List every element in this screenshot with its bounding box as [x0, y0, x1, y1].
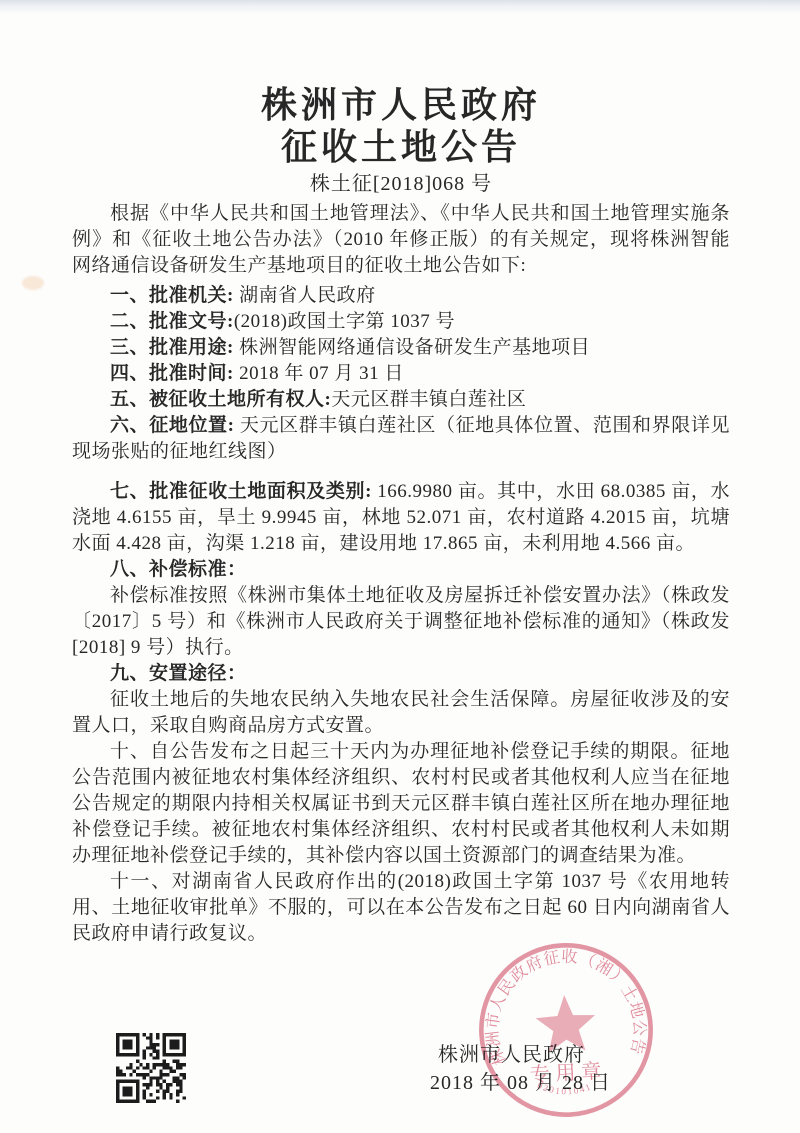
- item-land-area-categories: 七、批准征收土地面积及类别: 166.9980 亩。其中，水田 68.0385 …: [72, 479, 730, 557]
- item-label: 一、批准机关:: [110, 285, 239, 306]
- item-label: 四、批准时间:: [110, 363, 239, 384]
- item-value: 湖南省人民政府: [239, 285, 376, 306]
- item-label: 七、批准征收土地面积及类别:: [110, 481, 377, 502]
- item-value: (2018)政国土字第 1037 号: [234, 311, 455, 332]
- issuing-org-title: 株洲市人民政府: [72, 84, 730, 126]
- qr-code: [116, 1033, 186, 1103]
- item-approved-use: 三、批准用途: 株洲智能网络通信设备研发生产基地项目: [72, 335, 730, 361]
- item-approval-date: 四、批准时间: 2018 年 07 月 31 日: [72, 361, 730, 387]
- scanned-notice-page: 株洲市人民政府 征收土地公告 株土征[2018]068 号 根据《中华人民共和国…: [0, 0, 800, 1133]
- item-value: 天元区群丰镇白莲社区: [331, 389, 526, 410]
- resettlement-paragraph: 征收土地后的失地农民纳入失地农民社会生活保障。房屋征收涉及的安置人口，采取自购商…: [72, 687, 730, 739]
- item-label: 三、批准用途:: [110, 337, 239, 358]
- item-approving-authority: 一、批准机关: 湖南省人民政府: [72, 283, 730, 309]
- doc-number: 株土征[2018]068 号: [72, 171, 730, 197]
- item-value: 2018 年 07 月 31 日: [239, 363, 404, 384]
- item-value: 株洲智能网络通信设备研发生产基地项目: [239, 337, 590, 358]
- intro-paragraph: 根据《中华人民共和国土地管理法》、《中华人民共和国土地管理实施条例》和《征收土地…: [72, 201, 730, 279]
- official-seal: 株洲市人民政府征收（湘）土地公告 专用章 020101041: [469, 933, 662, 1126]
- item-approval-doc-number: 二、批准文号:(2018)政国土字第 1037 号: [72, 309, 730, 335]
- item-land-owner: 五、被征收土地所有权人:天元区群丰镇白莲社区: [72, 387, 730, 413]
- notice-title: 征收土地公告: [72, 126, 730, 168]
- seal-star-icon: [534, 994, 596, 1054]
- registration-deadline-paragraph: 十、自公告发布之日起三十天内为办理征地补偿登记手续的期限。征地公告范围内被征地农…: [72, 739, 730, 869]
- section-heading-compensation: 八、补偿标准：: [72, 557, 730, 583]
- item-label: 五、被征收土地所有权人:: [110, 389, 331, 410]
- scan-smudge: [22, 276, 44, 290]
- item-label: 二、批准文号:: [110, 311, 234, 332]
- item-label: 六、征地位置:: [110, 415, 240, 436]
- section-heading-resettlement: 九、安置途径：: [72, 661, 730, 687]
- compensation-paragraph: 补偿标准按照《株洲市集体土地征收及房屋拆迁补偿安置办法》（株政发〔2017〕5 …: [72, 583, 730, 661]
- item-land-location: 六、征地位置: 天元区群丰镇白莲社区（征地具体位置、范围和界限详见现场张贴的征地…: [72, 413, 730, 465]
- document-body: 株洲市人民政府 征收土地公告 株土征[2018]068 号 根据《中华人民共和国…: [72, 0, 730, 947]
